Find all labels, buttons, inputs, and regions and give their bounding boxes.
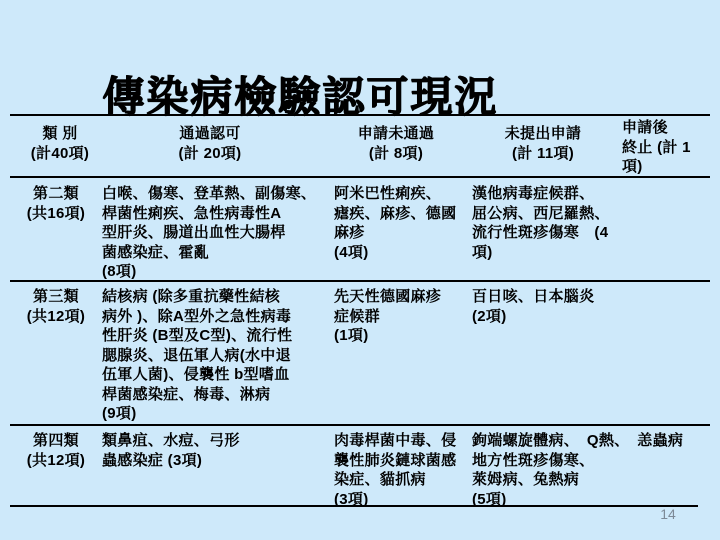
header-cell-approved: 通過認可 (計 20項) [145,124,275,163]
header-cell-category: 類 別 (計40項) [12,124,108,163]
row2-approved-cell: 結核病 (除多重抗藥性結核 病外 )、除A型外之急性病毒 性肝炎 (B型及C型)… [102,287,344,424]
row3-not-passed-cell: 肉毒桿菌中毒、侵 襲性肺炎鏈球菌感 染症、貓抓病 (3項) [334,431,476,509]
slide: 傳染病檢驗認可現況 類 別 (計40項) 通過認可 (計 20項) 申請未通過 … [0,0,720,540]
row1-not-applied-cell: 漢他病毒症候群、 屈公病、西尼羅熱、 流行性斑疹傷寒 (4 項) [472,184,652,262]
row3-not-applied-cell: 鉤端螺旋體病、 Q熱、 恙蟲病 地方性斑疹傷寒、 萊姆病、兔熱病 (5項) [472,431,712,509]
table-rule-header-bottom [10,176,710,178]
page-number: 14 [648,506,688,522]
row3-category-cell: 第四類 (共12項) [8,431,104,470]
header-cell-not-passed: 申請未通過 (計 8項) [335,124,457,163]
row1-approved-cell: 白喉、傷寒、登革熱、副傷寒、 桿菌性痢疾、急性病毒性A 型肝炎、腸道出血性大腸桿… [102,184,344,282]
row3-approved-cell: 類鼻疽、水痘、弓形 蟲感染症 (3項) [102,431,344,470]
header-cell-terminated: 申請後 終止 (計 1 項) [622,118,702,177]
table-rule-row2-bottom [10,424,710,426]
table-rule-top [10,114,710,116]
row1-not-passed-cell: 阿米巴性痢疾、 瘧疾、麻疹、德國 麻疹 (4項) [334,184,476,262]
header-cell-not-applied: 未提出申請 (計 11項) [488,124,598,163]
row2-not-passed-cell: 先天性德國麻疹 症候群 (1項) [334,287,476,346]
row2-category-cell: 第三類 (共12項) [8,287,104,326]
row1-category-cell: 第二類 (共16項) [8,184,104,223]
row2-not-applied-cell: 百日咳、日本腦炎 (2項) [472,287,652,326]
